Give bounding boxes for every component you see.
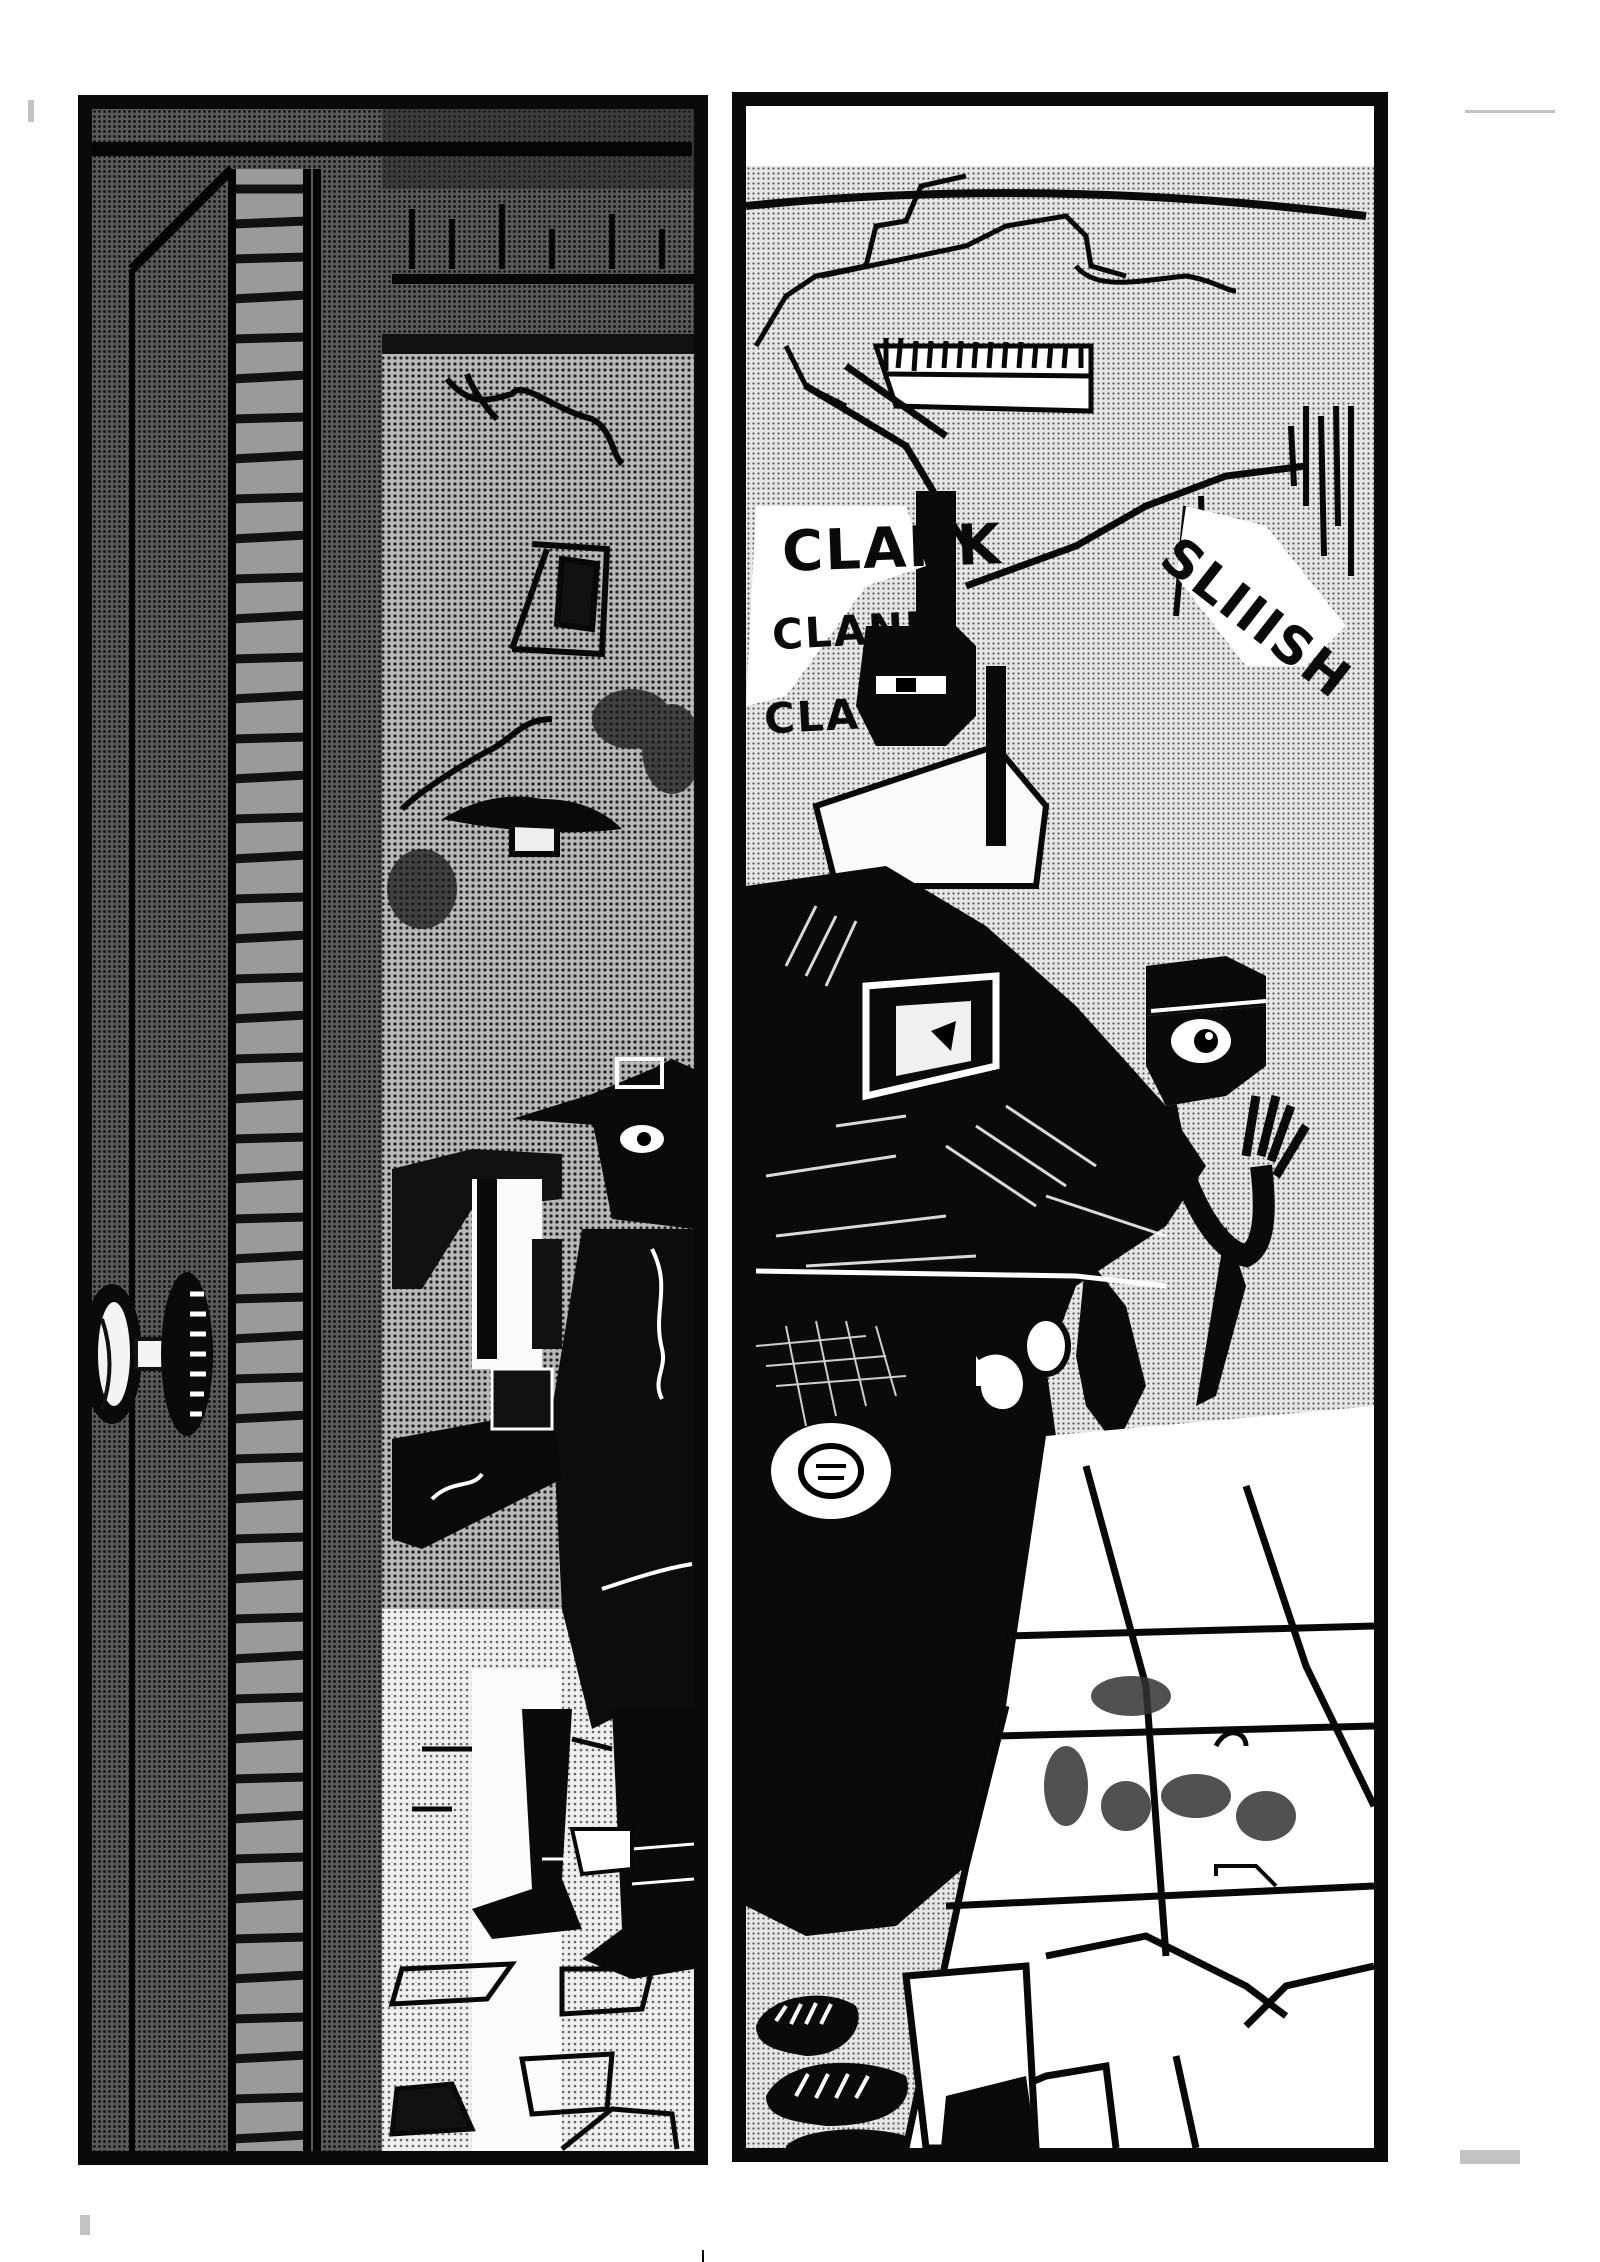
margin-smudge xyxy=(1465,110,1555,113)
comic-page: CLANK CLANK CLA~ SLIIISH xyxy=(0,0,1600,2262)
panel-right: CLANK CLANK CLA~ SLIIISH xyxy=(732,92,1388,2162)
panel-left-art xyxy=(92,109,694,2151)
ceiling-vent xyxy=(876,338,1091,411)
sfx-clank-2: CLANK xyxy=(771,602,941,660)
margin-smudge xyxy=(28,100,34,122)
margin-smudge xyxy=(80,2215,90,2235)
sfx-clank-3: CLA~ xyxy=(763,688,899,744)
center-tick-mark xyxy=(702,2250,704,2262)
margin-smudge xyxy=(1460,2150,1520,2164)
panel-left xyxy=(78,95,708,2165)
panel-right-art xyxy=(746,106,1374,2148)
sfx-clank-1: CLANK xyxy=(781,512,1004,585)
